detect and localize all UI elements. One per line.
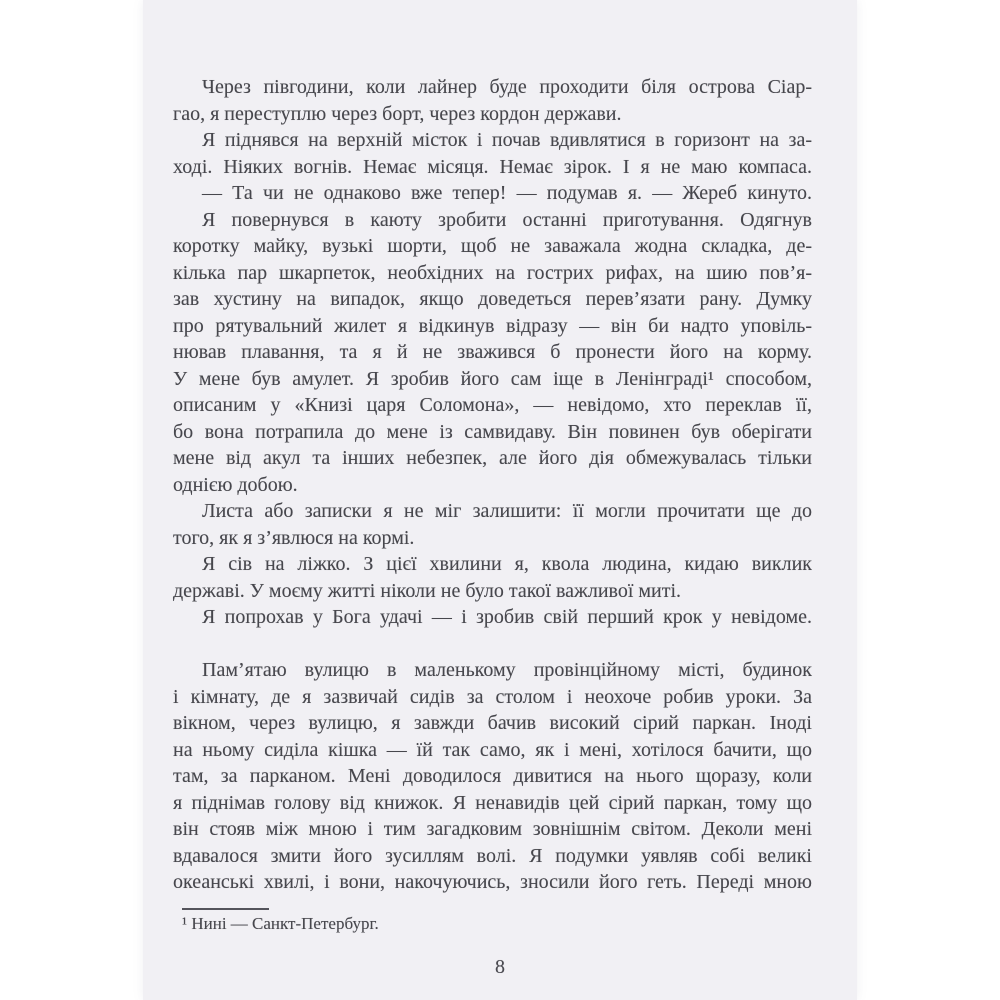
- text-line: зав хустину на випадок, якщо доведеться …: [173, 286, 812, 313]
- text-line: Пам’ятаю вулицю в маленькому провінційно…: [173, 657, 812, 684]
- paragraph: — Та чи не однаково вже тепер! — подумав…: [173, 180, 812, 207]
- footnote: ¹ Нині — Санкт-Петербург.: [182, 913, 682, 935]
- text-line: Я повернувся в каюту зробити останні при…: [173, 207, 812, 234]
- page-text-block: Через півгодини, коли лайнер буде проход…: [173, 74, 812, 896]
- footnote-separator: [182, 908, 269, 910]
- text-line: Я попрохав у Бога удачі — і зробив свій …: [173, 604, 812, 631]
- text-line: того, як я з’явлюся на кормі.: [173, 525, 812, 552]
- text-line: У мене був амулет. Я зробив його сам іще…: [173, 366, 812, 393]
- text-line: про рятувальний жилет я відкинув відразу…: [173, 313, 812, 340]
- text-line: Я піднявся на верхній місток і почав вди…: [173, 127, 812, 154]
- paragraph: Я повернувся в каюту зробити останні при…: [173, 207, 812, 499]
- page-number: 8: [143, 956, 857, 979]
- book-page: Через півгодини, коли лайнер буде проход…: [143, 0, 857, 1000]
- text-line: бо вона потрапила до мене із самвидаву. …: [173, 419, 812, 446]
- text-line: ході. Ніяких вогнів. Немає місяця. Немає…: [173, 154, 812, 181]
- text-line: описаним у «Книзі царя Соломона», — неві…: [173, 392, 812, 419]
- text-line: Через півгодини, коли лайнер буде проход…: [173, 74, 812, 101]
- text-line: на ньому сиділа кішка — їй так само, як …: [173, 737, 812, 764]
- text-line: гао, я переступлю через борт, через корд…: [173, 101, 812, 128]
- text-line: вікном, через вулицю, я завжди бачив вис…: [173, 710, 812, 737]
- paragraph: Я попрохав у Бога удачі — і зробив свій …: [173, 604, 812, 631]
- text-line: мене від акул та інших небезпек, але йог…: [173, 445, 812, 472]
- paragraph: Листа або записки я не міг залишити: її …: [173, 498, 812, 551]
- paragraph: Я сів на ліжко. З цієї хвилини я, квола …: [173, 551, 812, 604]
- text-line: я піднімав голову від книжок. Я ненавиді…: [173, 790, 812, 817]
- text-line: він стояв між мною і тим загадковим зовн…: [173, 816, 812, 843]
- text-line: кілька пар шкарпеток, необхідних на гост…: [173, 260, 812, 287]
- text-line: там, за парканом. Мені доводилося дивити…: [173, 763, 812, 790]
- text-line: нював плавання, та я й не зважився б про…: [173, 339, 812, 366]
- paragraph: Я піднявся на верхній місток і почав вди…: [173, 127, 812, 180]
- text-line: і кімнату, де я зазвичай сидів за столом…: [173, 684, 812, 711]
- text-line: Я сів на ліжко. З цієї хвилини я, квола …: [173, 551, 812, 578]
- text-line: однією добою.: [173, 472, 812, 499]
- text-line: — Та чи не однаково вже тепер! — подумав…: [173, 180, 812, 207]
- text-line: державі. У моєму житті ніколи не було та…: [173, 578, 812, 605]
- text-line: вдавалося змити його зусиллям волі. Я по…: [173, 843, 812, 870]
- text-line: Листа або записки я не міг залишити: її …: [173, 498, 812, 525]
- paragraph: Через півгодини, коли лайнер буде проход…: [173, 74, 812, 127]
- text-line: океанські хвилі, і вони, накочуючись, зн…: [173, 869, 812, 896]
- paragraph: Пам’ятаю вулицю в маленькому провінційно…: [173, 657, 812, 896]
- text-line: коротку майку, вузькі шорти, щоб не зава…: [173, 233, 812, 260]
